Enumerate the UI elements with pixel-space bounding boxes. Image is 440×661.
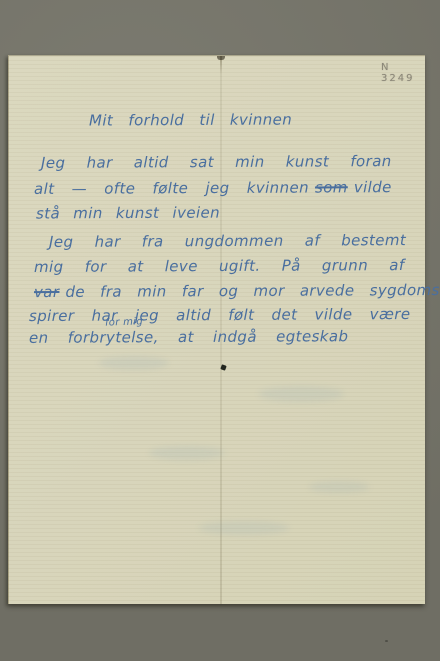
line-segment: en forbrytelse, — [29, 328, 159, 347]
letter-line-p2-4: spirer har jeg altid følt det vilde være — [29, 305, 411, 325]
letter-line-p2-1: Jeg har fra ungdommen af bestemt — [49, 231, 406, 251]
letter-line-p2-3: varde fra min far og mor arvede sygdoms- — [34, 281, 440, 301]
letter-line-p2-5: en forbrytelse, at indgå egteskab — [29, 327, 348, 347]
letter-paper: N 3249 Mit forhold til kvinnen Jeg har a… — [8, 55, 425, 604]
dust-speck — [385, 640, 388, 642]
struck-word: som — [315, 178, 348, 196]
letter-heading: Mit forhold til kvinnen — [89, 110, 292, 129]
letter-line-p1-3: stå min kunst iveien — [36, 204, 220, 223]
letter-line-p2-2: mig for at leve ugift. På grunn af — [34, 256, 405, 276]
letter-line-p1-1: Jeg har altid sat min kunst foran — [41, 152, 392, 172]
line-segment: at indgå egteskab — [178, 327, 348, 346]
letter-line-p1-2: alt — ofte følte jeg kvinnensomvilde — [34, 178, 392, 198]
interline-insertion: for mig — [105, 316, 143, 328]
line-segment: alt — ofte følte jeg kvinnen — [34, 178, 309, 197]
line-segment: de fra min far og mor arvede sygdoms- — [65, 281, 440, 301]
line-segment: vilde — [354, 178, 392, 196]
photo-background: N 3249 Mit forhold til kvinnen Jeg har a… — [0, 0, 440, 661]
handwritten-letter: Mit forhold til kvinnen Jeg har altid sa… — [9, 56, 425, 604]
struck-word: var — [34, 283, 60, 301]
